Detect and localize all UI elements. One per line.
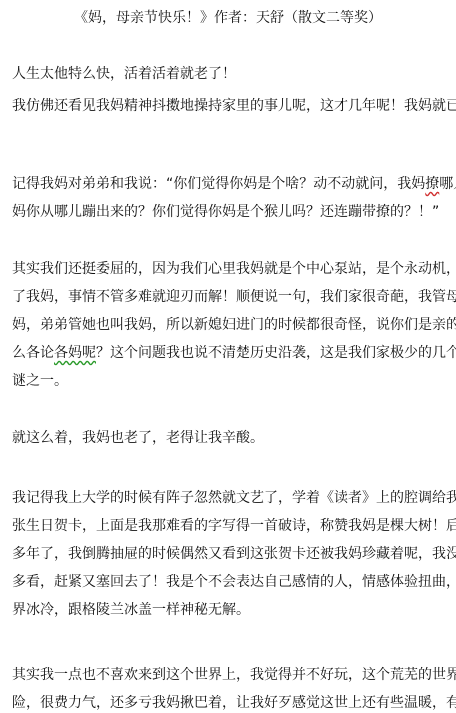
paragraph-1-line-1: 人生太他特么快，活着活着就老了！ <box>12 64 236 84</box>
paragraph-6-line-3: 多年了，我倒腾抽屉的时候偶然又看到这张贺卡还被我妈珍藏着呢，我没好意思 <box>12 544 456 564</box>
paragraph-4-line-4: 么各论各妈呢？这个问题我也说不清楚历史沿袭，这是我们家极少的几个未解之 <box>12 343 456 363</box>
paragraph-4-line-3: 妈，弟弟管她也叫我妈，所以新媳妇进门的时候都很奇怪，说你们是亲的吗？怎 <box>12 315 456 335</box>
paragraph-7-line-1: 其实我一点也不喜欢来到这个世界上，我觉得并不好玩，这个荒芜的世界有点危 <box>12 665 456 685</box>
text-segment: 记得我妈对弟弟和我说：“你们觉得你妈是个啥？动不动就问，我妈 <box>12 176 425 192</box>
paragraph-7-line-2: 险，很费力气，还多亏我妈揪巴着，让我好歹感觉这世上还有些温暖，有可留恋 <box>12 693 456 713</box>
paragraph-6-line-2: 张生日贺卡，上面是我那难看的字写得一首破诗，称赞我妈是棵大树！后来都好 <box>12 516 456 536</box>
paragraph-6-line-5: 界冰冷，跟格陵兰冰盖一样神秘无解。 <box>12 600 250 620</box>
paragraph-4-line-5: 谜之一。 <box>12 371 68 391</box>
paragraph-4-line-1: 其实我们还挺委屈的，因为我们心里我妈就是个中心泵站，是个永动机，家里有 <box>12 259 456 279</box>
paragraph-4-line-2: 了我妈，事情不管多难就迎刃而解！顺便说一句，我们家很奇葩，我管母亲叫我 <box>12 287 456 307</box>
paragraph-3-line-1: 记得我妈对弟弟和我说：“你们觉得你妈是个啥？动不动就问，我妈撩哪儿去了？ <box>12 174 456 194</box>
grammar-check-phrase: 各妈呢 <box>54 345 96 361</box>
spellcheck-word: 撩 <box>425 176 439 192</box>
paragraph-3-line-2: 妈你从哪儿蹦出来的？你们觉得你妈是个猴儿吗？还连蹦带撩的？！” <box>12 202 439 222</box>
paragraph-2-line-1: 我仿佛还看见我妈精神抖擞地操持家里的事儿呢，这才几年呢！我妈就已经老了！ <box>12 96 456 116</box>
text-segment: ？这个问题我也说不清楚历史沿袭，这是我们家极少的几个未解之 <box>96 345 456 361</box>
paragraph-6-line-1: 我记得我上大学的时候有阵子忽然就文艺了，学着《读者》上的腔调给我妈写了 <box>12 488 456 508</box>
text-segment: 哪儿去了？ <box>439 176 456 192</box>
text-segment: 么各论 <box>12 345 54 361</box>
paragraph-6-line-4: 多看，赶紧又塞回去了！我是个不会表达自己感情的人，情感体验扭曲，个人世 <box>12 572 456 592</box>
article-title: 《妈，母亲节快乐！》作者：天舒（散文二等奖） <box>0 8 456 28</box>
paragraph-5-line-1: 就这么着，我妈也老了，老得让我辛酸。 <box>12 428 264 448</box>
